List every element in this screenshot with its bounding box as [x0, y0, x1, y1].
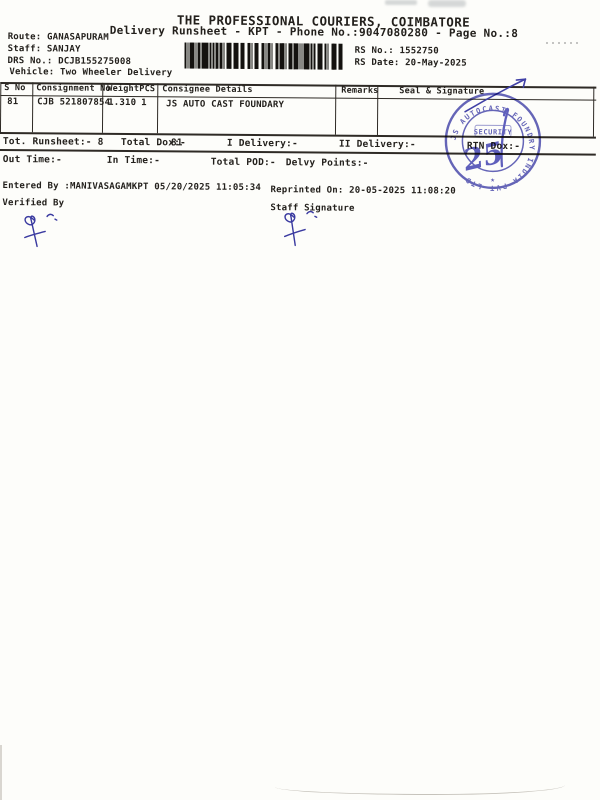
out-time: Out Time:-: [3, 155, 62, 166]
delvy-points: Delvy Points:-: [286, 158, 369, 169]
row-pcs: 1: [141, 99, 147, 109]
col-header-s-no: S No: [4, 84, 25, 94]
reprinted-on-line: Reprinted On: 20-05-2025 11:08:20: [270, 186, 455, 197]
document-sheet: THE PROFESSIONAL COURIERS, COIMBATORE De…: [0, 0, 600, 800]
col-header-consignment-no: Consignment No: [36, 84, 111, 94]
entered-by-line: Entered By :MANIVASAGAMKPT 05/20/2025 11…: [2, 182, 261, 194]
col-header-pcs: PCS: [139, 85, 155, 94]
total-dox-value: 81: [171, 138, 183, 149]
table-border-left: [0, 82, 2, 132]
col-divider-consignee: [335, 85, 337, 135]
scanned-delivery-runsheet: THE PROFESSIONAL COURIERS, COIMBATORE De…: [0, 0, 600, 800]
col-header-remarks: Remarks: [341, 87, 378, 97]
vehicle-line: Vehicle: Two Wheeler Delivery: [9, 68, 172, 79]
runsheet-barcode: [184, 42, 344, 69]
route-line: Route: GANASAPURAM: [8, 33, 109, 44]
col-header-consignee-details: Consignee Details: [162, 85, 252, 95]
ii-delivery: II Delivery:-: [339, 140, 416, 151]
staff-line: Staff: SANJAY: [8, 45, 81, 55]
rs-no-line: RS No.: 1552750: [355, 47, 439, 58]
row-weight: 1.310: [108, 99, 136, 109]
staff-signature-ink: [281, 206, 327, 254]
rs-date-line: RS Date: 20-May-2025: [354, 59, 466, 70]
table-border-right: [593, 87, 595, 137]
row-s-no: 81: [7, 98, 18, 108]
col-header-weight: Weight: [107, 85, 139, 95]
document-subtitle: Delivery Runsheet - KPT - Phone No.:9047…: [110, 25, 519, 40]
stamp-security-text: SECURITY: [474, 128, 513, 136]
in-time: In Time:-: [107, 156, 160, 167]
security-stamp: JS AUTOCAST FOUNDRY INDIA PVT LTD SECURI…: [439, 87, 546, 194]
row-consignee-details: JS AUTO CAST FOUNDARY: [166, 100, 284, 111]
col-divider-weight: [157, 83, 159, 133]
total-pod: Total POD:-: [211, 158, 276, 169]
row-consignment-no: CJB 521807854: [37, 98, 110, 108]
tot-runsheet: Tot. Runsheet:- 8: [3, 137, 104, 148]
verified-by-signature: [22, 208, 68, 256]
stamp-star-icon: ★: [490, 175, 495, 184]
col-divider-sno: [32, 82, 34, 132]
i-delivery: I Delivery:-: [227, 139, 298, 150]
